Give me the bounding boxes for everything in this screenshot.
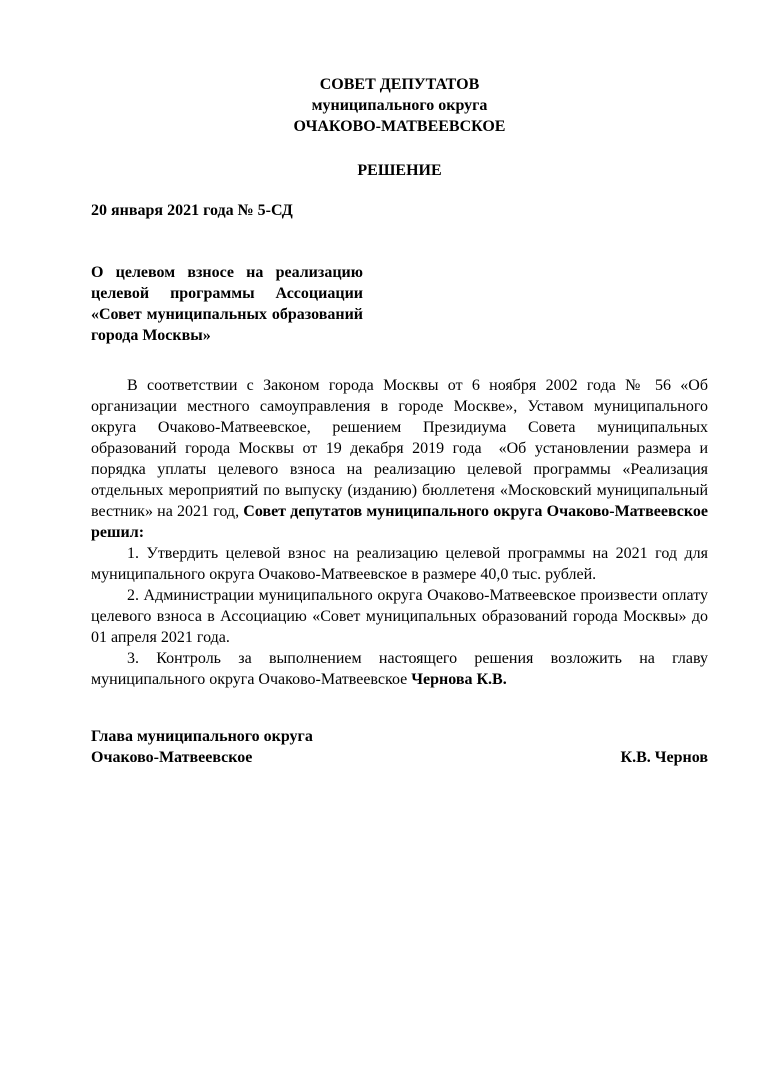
subject-block: О целевом взносе на реализацию целевой п… [91,262,363,346]
item-1: 1. Утвердить целевой взнос на реализацию… [91,543,708,585]
org-subtitle-line: муниципального округа [91,95,708,116]
signature-title: Глава муниципального округа Очаково-Матв… [91,726,313,768]
intro-text: В соответствии с Законом города Москвы о… [91,377,708,520]
document-type-heading: РЕШЕНИЕ [91,160,708,181]
item-3: 3. Контроль за выполнением настоящего ре… [91,648,708,690]
org-name-line: СОВЕТ ДЕПУТАТОВ [91,74,708,95]
control-person-name: Чернова К.В. [411,671,506,688]
intro-paragraph: В соответствии с Законом города Москвы о… [91,375,708,543]
document-page: СОВЕТ ДЕПУТАТОВ муниципального округа ОЧ… [0,0,763,1078]
org-district-line: ОЧАКОВО-МАТВЕЕВСКОЕ [91,116,708,137]
signature-block: Глава муниципального округа Очаково-Матв… [91,726,708,768]
item-2: 2. Администрации муниципального округа О… [91,585,708,648]
org-header: СОВЕТ ДЕПУТАТОВ муниципального округа ОЧ… [91,74,708,137]
document-body: В соответствии с Законом города Москвы о… [91,375,708,690]
date-number-line: 20 января 2021 года № 5-СД [91,200,708,221]
signature-name: К.В. Чернов [621,747,708,768]
item-3-text: 3. Контроль за выполнением настоящего ре… [91,650,708,688]
signature-title-line-2: Очаково-Матвеевское [91,747,313,768]
signature-title-line-1: Глава муниципального округа [91,726,313,747]
